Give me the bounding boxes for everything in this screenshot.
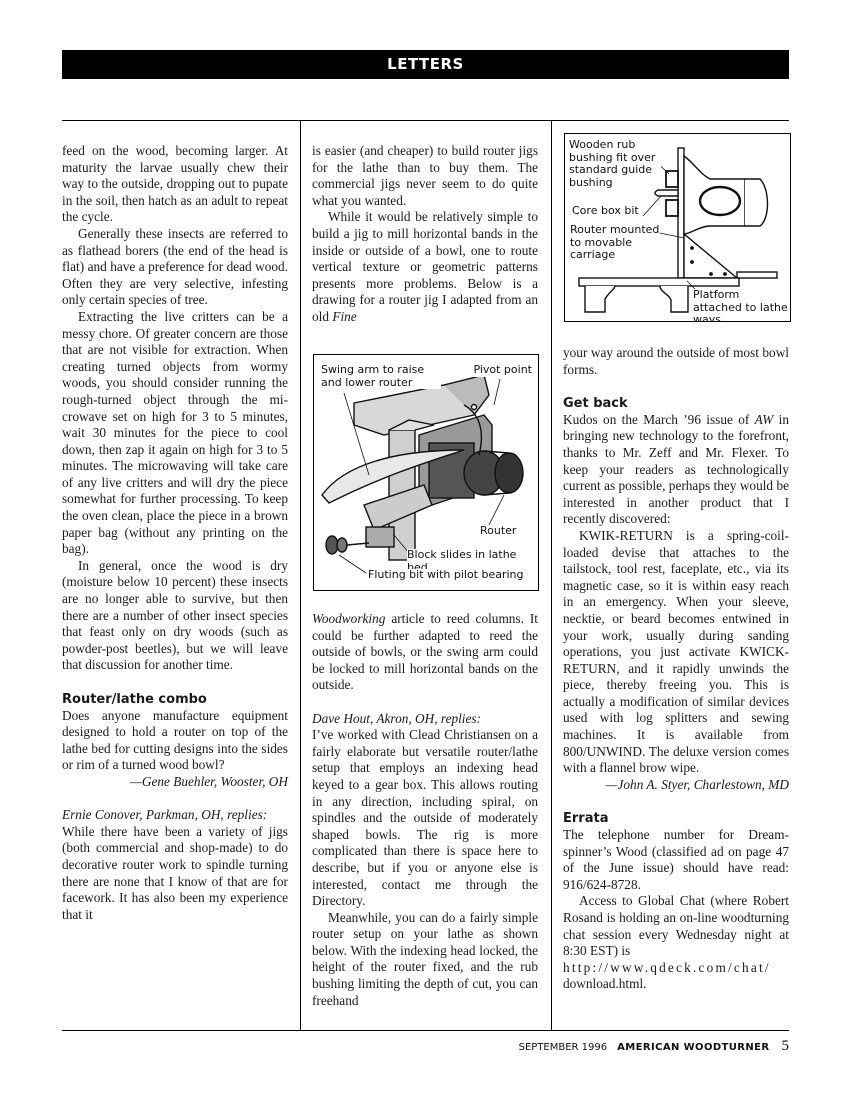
paragraph: KWIK-RETURN is a spring-coil-loaded devi… bbox=[563, 528, 789, 777]
column-1: feed on the wood, becoming larger. At ma… bbox=[62, 143, 288, 923]
column-2-continued: Woodworking article to reed columns. It … bbox=[312, 611, 538, 1009]
heading-get-back: Get back bbox=[563, 395, 789, 412]
letter-signature: —Gene Buehler, Wooster, OH bbox=[62, 774, 288, 791]
label-platform: Platform attached to lathe ways bbox=[693, 289, 788, 322]
paragraph: The telephone number for Dream­spinner’s… bbox=[563, 827, 789, 893]
paragraph: Extracting the live critters can be a me… bbox=[62, 309, 288, 558]
column-divider-2 bbox=[551, 120, 552, 1030]
figure-lathe-router-setup: Wooden rub bushing fit over standard gui… bbox=[564, 133, 791, 322]
heading-router-lathe-combo: Router/lathe combo bbox=[62, 691, 288, 708]
column-2: is easier (and cheaper) to build router … bbox=[312, 143, 538, 326]
top-rule bbox=[62, 120, 789, 121]
heading-errata: Errata bbox=[563, 810, 789, 827]
paragraph: your way around the outside of most bowl… bbox=[563, 345, 789, 378]
label-pivot-point: Pivot point bbox=[473, 364, 532, 377]
column-3: your way around the outside of most bowl… bbox=[563, 345, 789, 993]
paragraph: is easier (and cheaper) to build router … bbox=[312, 143, 538, 209]
letter-signature: —John A. Styer, Charlestown, MD bbox=[563, 777, 789, 794]
paragraph: feed on the wood, becoming larger. At ma… bbox=[62, 143, 288, 226]
paragraph: Kudos on the March ’96 issue of AW in br… bbox=[563, 412, 789, 528]
page-number: 5 bbox=[782, 1038, 790, 1055]
section-banner: LETTERS bbox=[62, 50, 789, 79]
global-chat-url[interactable]: http://www.qdeck.com/chat/download.html. bbox=[563, 960, 789, 993]
paragraph: Woodworking article to reed columns. It … bbox=[312, 611, 538, 694]
column-divider-1 bbox=[300, 120, 301, 1030]
bottom-rule bbox=[62, 1030, 789, 1031]
paragraph: While there have been a variety of jigs … bbox=[62, 824, 288, 924]
label-swing-arm: Swing arm to raise and lower router bbox=[321, 364, 441, 389]
paragraph: Meanwhile, you can do a fairly simple ro… bbox=[312, 910, 538, 1010]
label-fluting-bit: Fluting bit with pilot bearing bbox=[368, 569, 524, 582]
paragraph: I’ve worked with Clead Christiansen on a… bbox=[312, 727, 538, 910]
label-router: Router bbox=[480, 525, 516, 538]
label-router-mounted: Router mounted to movable carriage bbox=[570, 224, 660, 262]
paragraph: Does anyone manufacture equip­ment desig… bbox=[62, 708, 288, 774]
label-core-box-bit: Core box bit bbox=[572, 205, 639, 218]
reply-byline: Ernie Conover, Parkman, OH, replies: bbox=[62, 807, 288, 824]
issue-date: SEPTEMBER 1996 bbox=[519, 1042, 608, 1053]
figure-router-jig: Swing arm to raise and lower router Pivo… bbox=[313, 354, 539, 591]
magazine-name: AMERICAN WOODTURNER bbox=[617, 1042, 769, 1053]
paragraph: Access to Global Chat (where Robert Rosa… bbox=[563, 893, 789, 959]
reply-byline: Dave Hout, Akron, OH, replies: bbox=[312, 711, 538, 728]
page-footer: SEPTEMBER 1996 AMERICAN WOODTURNER 5 bbox=[519, 1038, 789, 1055]
paragraph: Generally these insects are re­ferred to… bbox=[62, 226, 288, 309]
paragraph: In general, once the wood is dry (moistu… bbox=[62, 558, 288, 674]
label-wooden-rub-bushing: Wooden rub bushing fit over standard gui… bbox=[569, 139, 661, 189]
paragraph: While it would be relatively sim­ple to … bbox=[312, 209, 538, 325]
section-title: LETTERS bbox=[387, 55, 464, 73]
